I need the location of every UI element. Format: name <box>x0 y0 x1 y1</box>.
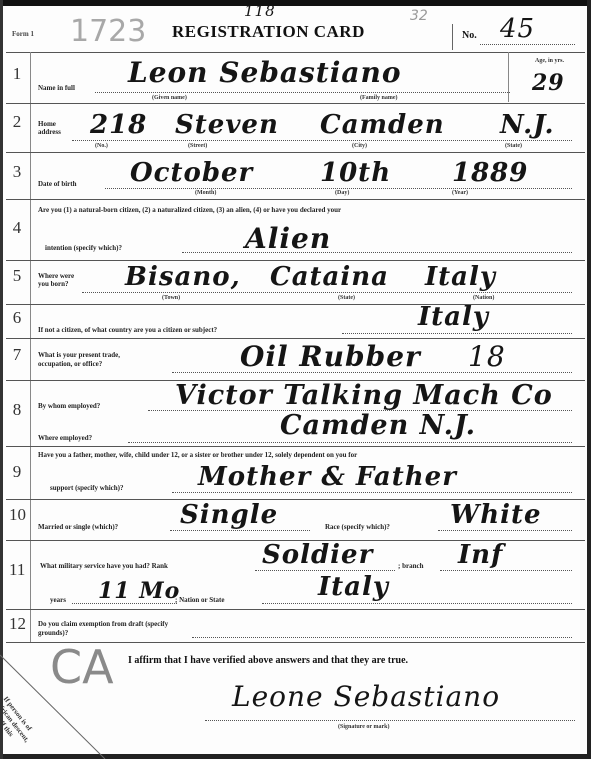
field-number: 3 <box>9 162 25 182</box>
citizenship-value: Alien <box>245 222 331 255</box>
no-divider <box>452 24 453 50</box>
occupation-value: Oil Rubber <box>240 340 421 373</box>
age-label: Age, in yrs. <box>535 58 564 64</box>
field-number: 12 <box>9 614 25 634</box>
dotted-line <box>82 292 572 293</box>
age-divider <box>508 52 509 102</box>
sublabel: (State) <box>505 143 522 149</box>
field-number: 10 <box>9 505 25 525</box>
divider <box>6 338 585 339</box>
card-title: REGISTRATION CARD <box>172 22 365 42</box>
dotted-line <box>95 92 510 93</box>
birth-year-value: 1889 <box>452 158 528 188</box>
field-number: 8 <box>9 400 25 420</box>
field-label: Are you (1) a natural-born citizen, (2) … <box>38 206 341 214</box>
form-label: Form 1 <box>12 30 34 38</box>
signature: Leone Sebastiano <box>232 680 500 713</box>
field-number: 4 <box>9 218 25 238</box>
sublabel: (Year) <box>452 190 468 196</box>
field-label: Race (specify which)? <box>325 523 390 531</box>
military-branch-value: Inf <box>458 540 503 570</box>
field-label: What military service have you had? Rank <box>40 562 168 570</box>
divider <box>6 199 585 200</box>
sublabel: (State) <box>338 295 355 301</box>
occupation-margin-note: 18 <box>468 340 506 373</box>
field-label: If not a citizen, of what country are yo… <box>38 326 217 334</box>
dependents-value: Mother & Father <box>198 462 457 492</box>
field-number: 9 <box>9 462 25 482</box>
employer-value: Victor Talking Mach Co <box>175 380 553 411</box>
field-label: Home address <box>38 120 68 136</box>
sublabel: (Day) <box>335 190 349 196</box>
field-label: Where were you born? <box>38 272 78 288</box>
sublabel: (Town) <box>162 295 180 301</box>
scan-border-left <box>0 0 3 759</box>
registration-card: Form 1 1723 118 REGISTRATION CARD 32 No.… <box>0 0 591 759</box>
sublabel: (Given name) <box>152 95 187 101</box>
sublabel: (City) <box>352 143 367 149</box>
divider <box>6 446 585 447</box>
dotted-line <box>438 530 572 531</box>
dotted-line <box>440 570 572 571</box>
race-value: White <box>450 500 542 530</box>
dotted-line <box>255 570 395 571</box>
sublabel: (Nation) <box>473 295 494 301</box>
field-number: 6 <box>9 308 25 328</box>
military-rank-value: Soldier <box>262 540 373 570</box>
number-column-divider <box>30 52 31 642</box>
field-label: By whom employed? <box>38 402 100 410</box>
field-number: 7 <box>9 345 25 365</box>
dotted-line <box>480 44 575 45</box>
corner-pencil-mark: CA <box>50 640 114 694</box>
top-pencil-note: 118 <box>244 2 276 20</box>
military-nation-value: Italy <box>318 572 389 602</box>
divider <box>6 609 585 610</box>
scan-border-top <box>0 0 591 6</box>
sublabel: (Street) <box>188 143 207 149</box>
serial-pencil: 1723 <box>70 14 146 49</box>
field-label: intention (specify which)? <box>45 244 122 252</box>
field-label: Have you a father, mother, wife, child u… <box>38 451 357 459</box>
address-city-value: Camden <box>320 110 445 140</box>
dotted-line <box>342 333 572 334</box>
divider <box>6 103 585 104</box>
birth-day-value: 10th <box>320 158 391 188</box>
dotted-line <box>128 442 572 443</box>
dotted-line <box>182 252 572 253</box>
age-value: 29 <box>532 70 565 96</box>
field-label: Where employed? <box>38 434 92 442</box>
name-value: Leon Sebastiano <box>128 56 402 89</box>
citizen-country-value: Italy <box>418 302 489 332</box>
address-number-value: 218 <box>90 110 147 140</box>
employer-location-value: Camden N.J. <box>280 410 476 441</box>
birth-month-value: October <box>130 158 253 188</box>
birthplace-nation-value: Italy <box>425 262 496 292</box>
scan-border-right <box>587 0 591 759</box>
field-label: ; Nation or State <box>175 596 224 604</box>
field-label: Date of birth <box>38 180 77 188</box>
address-street-value: Steven <box>175 110 279 140</box>
divider <box>6 152 585 153</box>
signature-label: (Signature or mark) <box>338 724 389 730</box>
sublabel: (Month) <box>195 190 216 196</box>
field-number: 5 <box>9 266 25 286</box>
divider <box>6 304 585 305</box>
field-label: Do you claim exemption from draft (speci… <box>38 620 198 638</box>
signature-line <box>205 720 575 721</box>
field-label: Married or single (which)? <box>38 523 118 531</box>
sublabel: (Family name) <box>360 95 398 101</box>
card-number-label: No. <box>462 30 477 41</box>
dotted-line <box>192 637 572 638</box>
field-number: 2 <box>9 112 25 132</box>
birthplace-state-value: Cataina <box>270 262 389 292</box>
dotted-line <box>262 603 572 604</box>
title-pencil-note: 32 <box>410 8 428 24</box>
field-number: 1 <box>9 64 25 84</box>
field-label: support (specify which)? <box>50 484 124 492</box>
dotted-line <box>72 140 572 141</box>
sublabel: (No.) <box>95 143 108 149</box>
field-number: 11 <box>9 560 25 580</box>
affirmation-text: I affirm that I have verified above answ… <box>128 655 408 666</box>
field-label: Name in full <box>38 84 75 92</box>
field-label: ; branch <box>398 562 423 570</box>
field-label: years <box>50 596 66 604</box>
address-state-value: N.J. <box>500 110 555 140</box>
military-years-value: 11 Mo <box>98 578 180 604</box>
card-number-value: 45 <box>500 14 535 44</box>
field-label: What is your present trade, occupation, … <box>38 351 148 369</box>
dotted-line <box>172 492 572 493</box>
dotted-line <box>105 188 572 189</box>
birthplace-town-value: Bisano, <box>125 262 241 292</box>
dotted-line <box>170 530 310 531</box>
marital-status-value: Single <box>180 500 278 530</box>
divider <box>6 52 585 53</box>
divider <box>6 260 585 261</box>
